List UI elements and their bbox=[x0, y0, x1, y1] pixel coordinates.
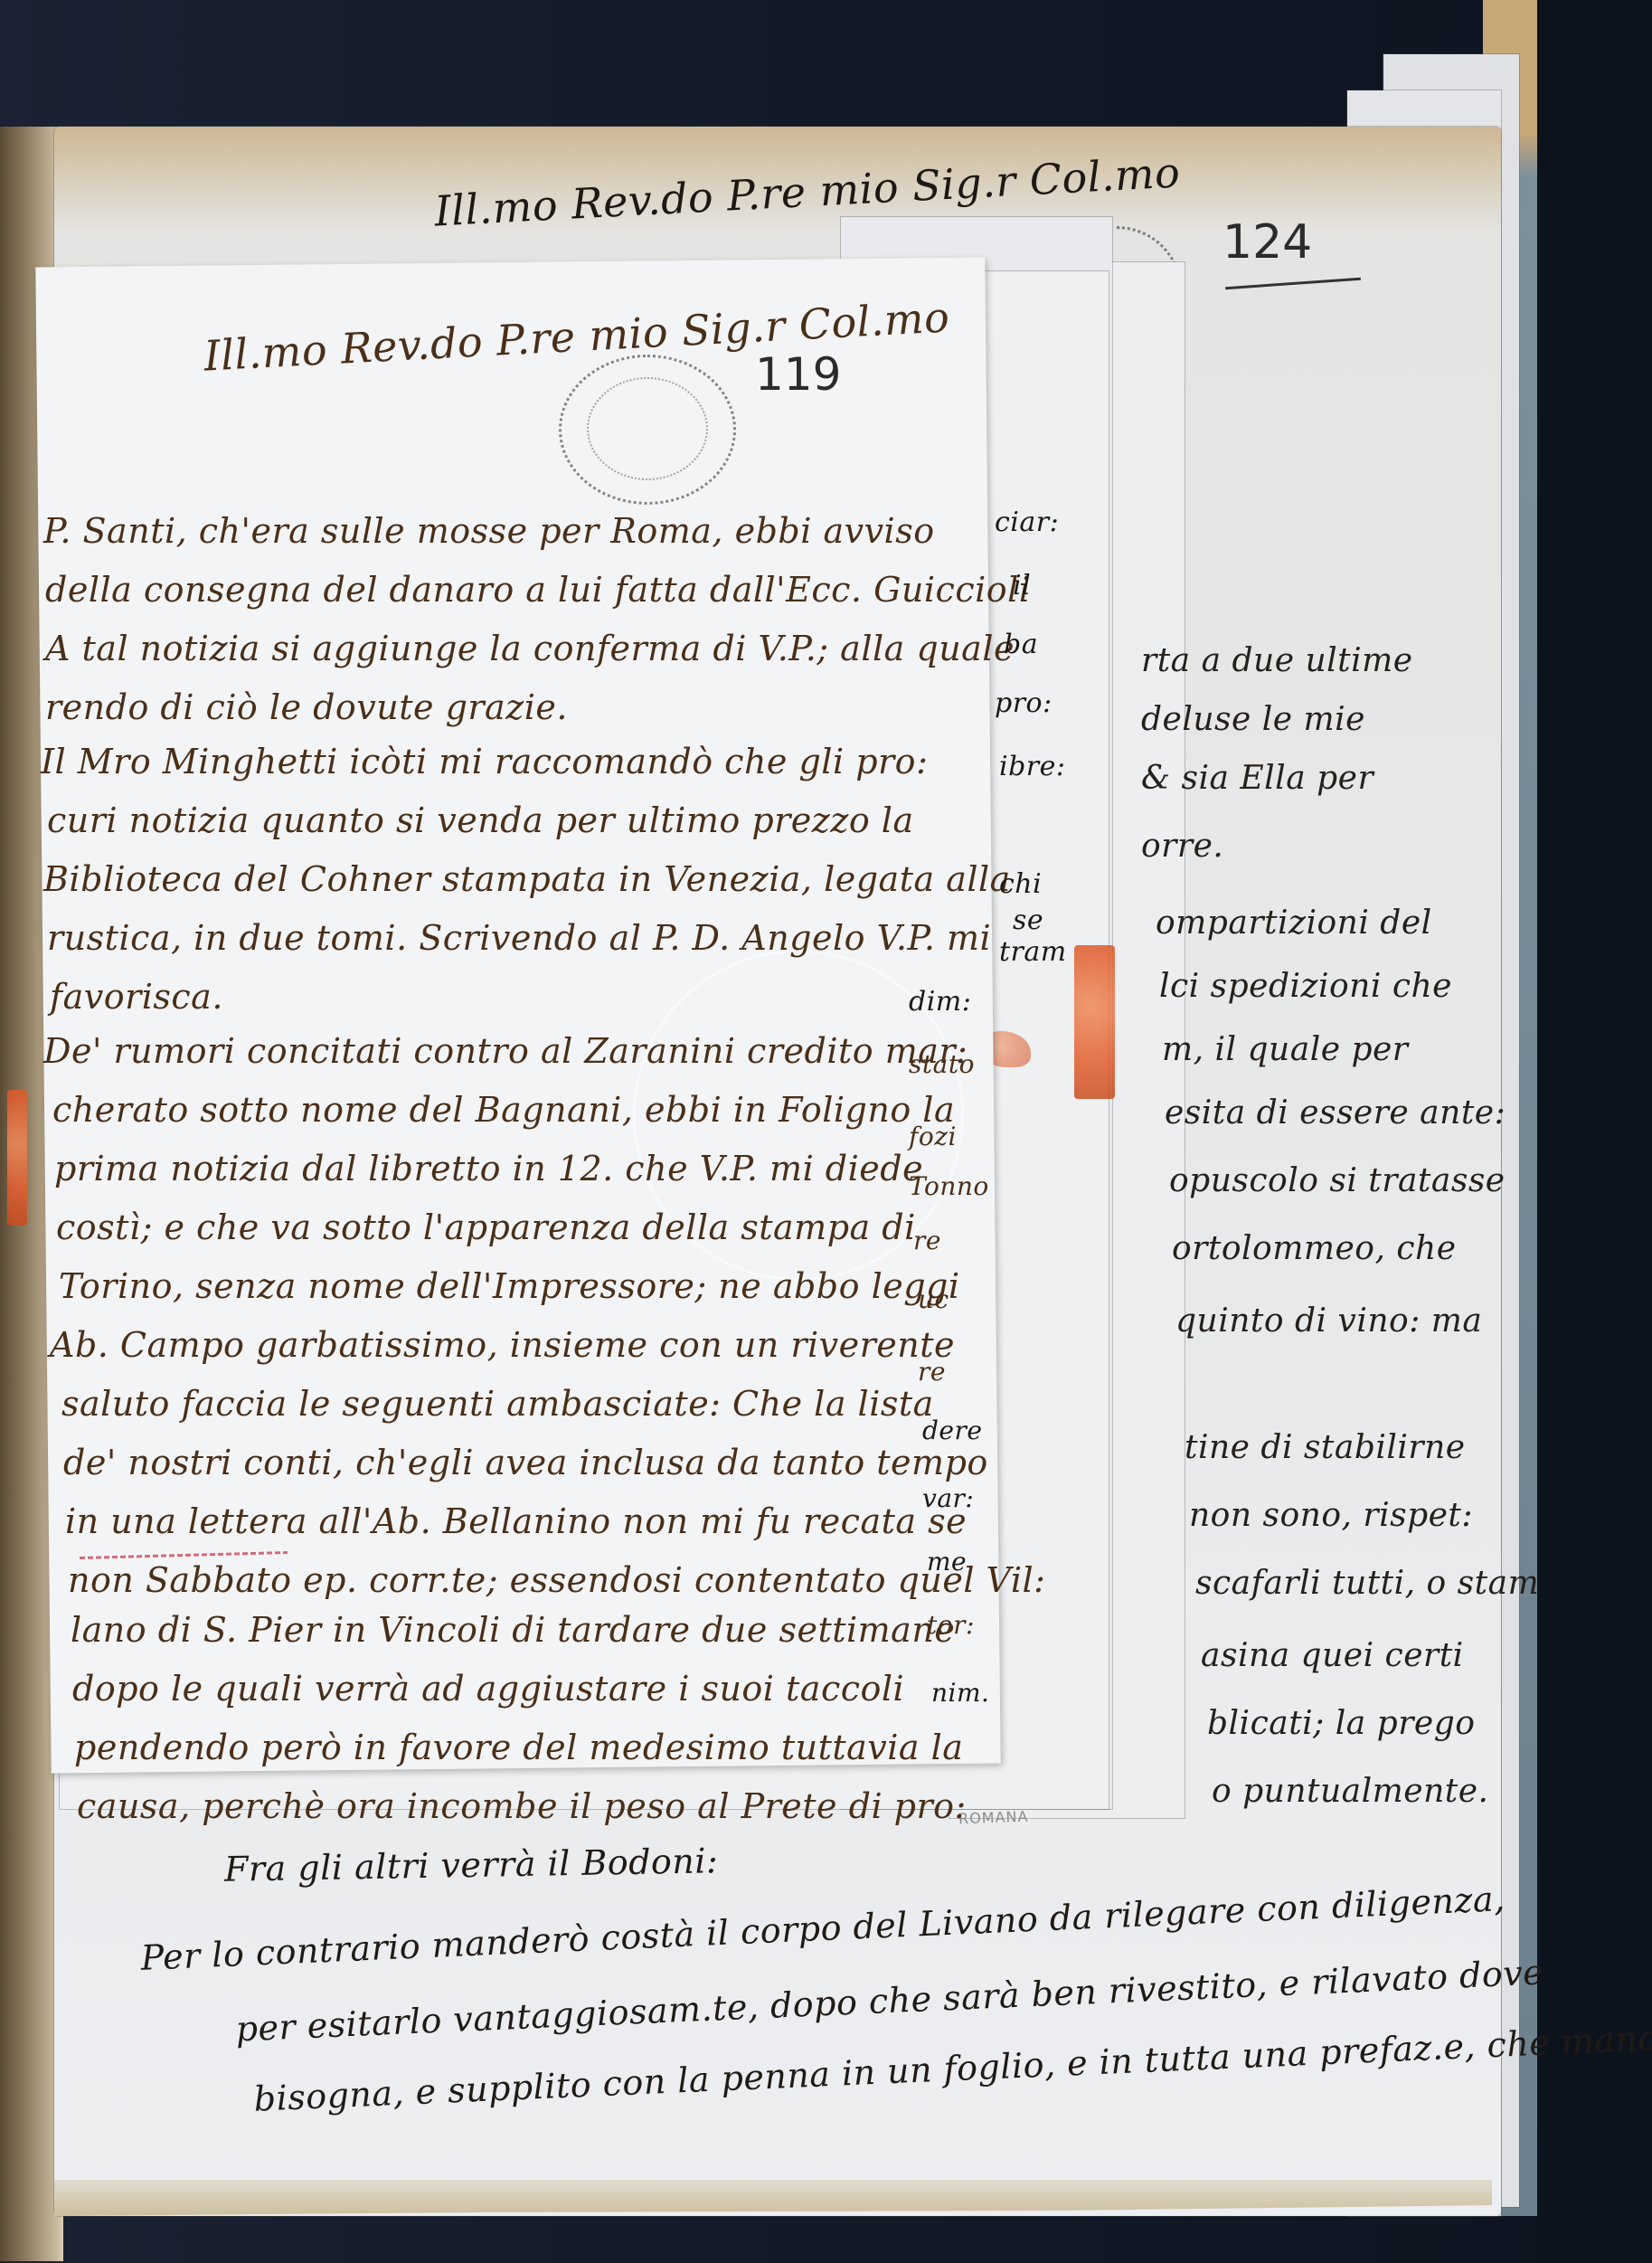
letter-line: costì; e che va sotto l'apparenza della … bbox=[56, 1207, 916, 1247]
letter-line: lano di S. Pier in Vincoli di tardare du… bbox=[71, 1610, 955, 1650]
right-line: quinto di vino: ma bbox=[1175, 1302, 1482, 1340]
letter-line: saluto faccia le seguenti ambasciate: Ch… bbox=[61, 1384, 934, 1424]
folio-number-124: 124 bbox=[1222, 215, 1312, 270]
right-line: blicati; la prego bbox=[1207, 1705, 1475, 1742]
right-line: & sia Ella per bbox=[1141, 760, 1374, 797]
letter-line: De' rumori concitati contro al Zaranini … bbox=[43, 1031, 968, 1071]
margin-fragment: tram bbox=[999, 936, 1067, 968]
margin-fragment: var: bbox=[922, 1483, 974, 1513]
letter-line: dopo le quali verrà ad aggiustare i suoi… bbox=[72, 1669, 904, 1709]
right-line: deluse le mie bbox=[1141, 701, 1365, 738]
letter-line: rustica, in due tomi. Scrivendo al P. D.… bbox=[47, 918, 991, 958]
margin-fragment: re bbox=[918, 1357, 946, 1387]
letter-line: Torino, senza nome dell'Impressore; ne a… bbox=[59, 1266, 960, 1306]
right-line: ompartizioni del bbox=[1156, 904, 1432, 942]
margin-fragment: il bbox=[1013, 570, 1031, 601]
margin-fragment: re bbox=[913, 1226, 941, 1255]
right-line: m, il quale per bbox=[1162, 1031, 1409, 1068]
right-line: tine di stabilirne bbox=[1185, 1429, 1466, 1466]
margin-fragment: me bbox=[927, 1547, 967, 1577]
folio-number-119: 119 bbox=[755, 348, 841, 401]
margin-fragment: pro: bbox=[995, 687, 1053, 719]
letter-line: Il Mro Minghetti icòti mi raccomandò che… bbox=[41, 742, 928, 781]
margin-fragment: nim. bbox=[931, 1678, 989, 1708]
faded-label: ROMANA bbox=[958, 1808, 1029, 1828]
right-line: ortolommeo, che bbox=[1172, 1230, 1457, 1267]
right-line: non sono, rispet: bbox=[1189, 1497, 1473, 1534]
library-stamp-front bbox=[559, 355, 736, 505]
letter-line: de' nostri conti, ch'egli avea inclusa d… bbox=[63, 1443, 988, 1482]
right-line: lci spedizioni che bbox=[1159, 968, 1452, 1005]
right-line: opuscolo si tratasse bbox=[1169, 1162, 1506, 1199]
letter-line: non Sabbato ep. corr.te; essendosi conte… bbox=[68, 1560, 1045, 1600]
right-line: esita di essere ante: bbox=[1165, 1094, 1506, 1131]
wax-seal-left bbox=[7, 1090, 27, 1226]
library-stamp-inner-ring bbox=[587, 377, 708, 480]
letter-line: della consegna del danaro a lui fatta da… bbox=[45, 570, 1030, 610]
right-line: asina quei certi bbox=[1201, 1637, 1464, 1674]
right-line: scafarli tutti, o stam bbox=[1195, 1565, 1539, 1602]
letter-line: P. Santi, ch'era sulle mosse per Roma, e… bbox=[43, 511, 935, 551]
margin-fragment: se bbox=[1013, 904, 1043, 936]
letter-line: favorisca. bbox=[50, 977, 223, 1017]
margin-fragment: stato bbox=[909, 1049, 975, 1079]
margin-fragment: dere bbox=[922, 1416, 982, 1445]
right-line: rta a due ultime bbox=[1141, 642, 1413, 679]
letter-line: Ab. Campo garbatissimo, insieme con un r… bbox=[50, 1325, 955, 1365]
margin-fragment: Tonno bbox=[909, 1171, 989, 1201]
right-line: o puntualmente. bbox=[1212, 1773, 1489, 1810]
letter-line: pendendo però in favore del medesimo tut… bbox=[74, 1728, 963, 1767]
letter-line: prima notizia dal libretto in 12. che V.… bbox=[54, 1149, 923, 1188]
dark-board-edge bbox=[1537, 0, 1652, 2263]
letter-line: in una lettera all'Ab. Bellanino non mi … bbox=[65, 1501, 967, 1541]
letter-line: curi notizia quanto si venda per ultimo … bbox=[47, 800, 914, 840]
margin-fragment: dim: bbox=[909, 986, 971, 1018]
margin-fragment: ba bbox=[1004, 629, 1038, 660]
margin-fragment: ciar: bbox=[995, 507, 1059, 538]
right-line: orre. bbox=[1141, 828, 1223, 865]
wax-seal-mid-right bbox=[1074, 945, 1115, 1099]
margin-fragment: fozi bbox=[909, 1122, 957, 1151]
margin-fragment: tor: bbox=[927, 1610, 975, 1640]
margin-fragment: uc bbox=[918, 1284, 949, 1314]
letter-line: A tal notizia si aggiunge la conferma di… bbox=[45, 629, 1015, 668]
letter-line: causa, perchè ora incombe il peso al Pre… bbox=[77, 1786, 967, 1826]
letter-line: Biblioteca del Cohner stampata in Venezi… bbox=[43, 859, 1011, 899]
margin-fragment: ibre: bbox=[999, 751, 1066, 782]
margin-fragment: chi bbox=[999, 868, 1042, 900]
letter-line: cherato sotto nome del Bagnani, ebbi in … bbox=[52, 1090, 955, 1130]
letter-line: rendo di ciò le dovute grazie. bbox=[45, 687, 568, 727]
